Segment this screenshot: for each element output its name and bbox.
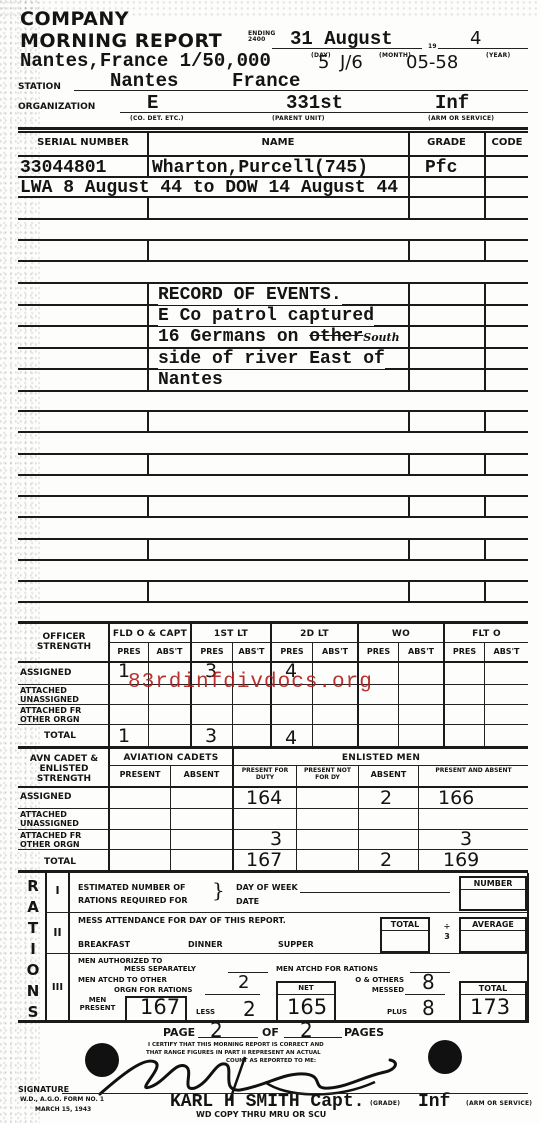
enlisted-assigned-absent: 2 bbox=[380, 787, 392, 809]
group-aviation-cadets: AVIATION CADETS bbox=[110, 753, 232, 763]
rations-vertical-label: R A T I O N S bbox=[25, 876, 41, 1023]
pages-label: PAGES bbox=[344, 1026, 384, 1039]
events-line: E Co patrol captured bbox=[158, 306, 374, 326]
enlisted-attached-present-for-duty: 3 bbox=[270, 828, 282, 850]
group-1st-lt: 1ST LT bbox=[192, 629, 270, 639]
signer-name: KARL H SMITH Capt. bbox=[170, 1092, 364, 1112]
year-caption: (YEAR) bbox=[486, 52, 510, 59]
letter: O bbox=[25, 960, 41, 981]
group-wo: WO bbox=[359, 629, 443, 639]
subheader-pres: PRES bbox=[110, 647, 148, 656]
plus-label: PLUS bbox=[387, 1008, 407, 1016]
events-line-text: 16 Germans on bbox=[158, 327, 298, 347]
form-number: W.D., A.G.O. FORM NO. 1 bbox=[20, 1096, 104, 1103]
events-heading: RECORD OF EVENTS. bbox=[158, 285, 342, 305]
officer-total-2dlt-pres: 4 bbox=[285, 727, 297, 749]
report-date: 31 August bbox=[290, 28, 393, 50]
less-label: LESS bbox=[196, 1008, 215, 1016]
row-label-assigned: ASSIGNED bbox=[20, 668, 71, 678]
subheader-present: PRESENT bbox=[110, 770, 170, 779]
group-enlisted-men: ENLISTED MEN bbox=[234, 753, 528, 763]
serial-number: 33044801 bbox=[20, 158, 106, 178]
form-title-line2: MORNING REPORT bbox=[20, 30, 222, 52]
day-of-week-label: DAY OF WEEK bbox=[236, 883, 298, 892]
grid-ref-1: 5 bbox=[318, 52, 329, 73]
divide-by-three-label: ÷ 3 bbox=[440, 922, 454, 942]
group-flt-o: FLT O bbox=[445, 629, 528, 639]
plus-value: 8 bbox=[422, 996, 435, 1020]
col-header-grade: GRADE bbox=[410, 137, 483, 148]
subheader-enlisted-absent: ABSENT bbox=[359, 770, 418, 779]
col-header-name: NAME bbox=[149, 137, 407, 148]
station-city: Nantes bbox=[110, 70, 178, 92]
row-label-attached-unassigned: ATTACHED UNASSIGNED bbox=[20, 810, 106, 828]
row-label-assigned: ASSIGNED bbox=[20, 792, 71, 802]
enlisted-strength-title: AVN CADET & ENLISTED STRENGTH bbox=[20, 754, 108, 784]
less-value: 2 bbox=[243, 997, 256, 1021]
organization-label: ORGANIZATION bbox=[18, 102, 95, 112]
men-atchd-other-label: ORGN FOR RATIONS bbox=[114, 986, 192, 994]
row-label-attached-other: ATTACHED FR OTHER ORGN bbox=[20, 706, 106, 724]
enlisted-total-total: 169 bbox=[443, 849, 479, 871]
officer-total-capt-pres: 1 bbox=[118, 725, 130, 747]
org-arm: Inf bbox=[435, 92, 469, 114]
breakfast-label: BREAKFAST bbox=[78, 940, 130, 949]
page-label: PAGE bbox=[163, 1026, 195, 1039]
grid-ref-2: J/6 bbox=[340, 52, 363, 73]
letter: N bbox=[25, 981, 41, 1002]
rations-total-label: TOTAL bbox=[461, 984, 525, 993]
subheader-absent: ABSENT bbox=[171, 770, 232, 779]
org-company-caption: (CO. DET. ETC.) bbox=[130, 115, 184, 122]
subheader-present-not-for-duty: PRESENT NOT FOR DY bbox=[297, 767, 358, 781]
group-2d-lt: 2D LT bbox=[272, 629, 357, 639]
subheader-present-for-duty: PRESENT FOR DUTY bbox=[234, 767, 296, 781]
mess-attendance-label: MESS ATTENDANCE FOR DAY OF THIS REPORT. bbox=[78, 916, 286, 925]
men-authorized-label: MEN AUTHORIZED TO bbox=[78, 957, 162, 965]
date-label: DATE bbox=[236, 897, 259, 906]
total-pages: 2 bbox=[300, 1018, 313, 1042]
arm-caption: (ARM OR SERVICE) bbox=[466, 1100, 532, 1107]
men-present-label: MEN PRESENT bbox=[70, 996, 125, 1012]
events-line: 16 Germans on otherSouth bbox=[158, 327, 400, 347]
form-date: MARCH 15, 1943 bbox=[35, 1106, 91, 1113]
estimated-rations-label: ESTIMATED NUMBER OF bbox=[78, 883, 185, 892]
soldier-name: Wharton,Purcell(745) bbox=[152, 158, 368, 178]
subheader-pres: PRES bbox=[192, 647, 232, 656]
map-location: Nantes,France 1/50,000 bbox=[20, 50, 271, 72]
estimated-rations-label: RATIONS REQUIRED FOR bbox=[78, 896, 188, 905]
grid-ref-3: 05-58 bbox=[406, 52, 458, 73]
org-unit-caption: (PARENT UNIT) bbox=[272, 115, 325, 122]
enlisted-assigned-total: 166 bbox=[438, 787, 474, 809]
subheader-abst: ABS'T bbox=[233, 647, 270, 656]
subheader-abst: ABS'T bbox=[149, 647, 190, 656]
col-header-serial: SERIAL NUMBER bbox=[20, 137, 146, 148]
others-messed-label: MESSED bbox=[346, 986, 404, 994]
punch-hole-right bbox=[428, 1040, 462, 1074]
certification-text: I CERTIFY THAT THIS MORNING REPORT IS CO… bbox=[148, 1042, 324, 1048]
station-country: France bbox=[232, 70, 300, 92]
letter: A bbox=[25, 897, 41, 918]
subheader-present-and-absent: PRESENT AND ABSENT bbox=[419, 767, 528, 774]
rations-total-value: 173 bbox=[470, 995, 510, 1019]
row-label-total: TOTAL bbox=[44, 731, 76, 741]
others-messed-label: O & OTHERS bbox=[346, 976, 404, 984]
others-messed-value: 8 bbox=[422, 970, 435, 994]
org-arm-caption: (ARM OR SERVICE) bbox=[428, 115, 494, 122]
row-label-attached-unassigned: ATTACHED UNASSIGNED bbox=[20, 686, 106, 704]
number-label: NUMBER bbox=[461, 879, 525, 888]
struck-word: other bbox=[309, 327, 363, 347]
page-number: 2 bbox=[210, 1018, 223, 1042]
of-label: OF bbox=[262, 1026, 279, 1039]
men-atchd-other-value: 2 bbox=[238, 972, 249, 993]
men-atchd-for-rations-label: MEN ATCHD FOR RATIONS bbox=[276, 965, 378, 973]
handwritten-insert: South bbox=[363, 331, 399, 344]
brace-icon: } bbox=[212, 880, 225, 900]
letter: S bbox=[25, 1002, 41, 1023]
supper-label: SUPPER bbox=[278, 940, 314, 949]
section-numeral-iii: III bbox=[47, 982, 68, 993]
signer-arm: Inf bbox=[418, 1092, 450, 1112]
report-year: 4 bbox=[470, 28, 481, 49]
soldier-grade: Pfc bbox=[425, 158, 457, 178]
col-header-code: CODE bbox=[486, 137, 528, 148]
men-atchd-other-label: MEN ATCHD TO OTHER bbox=[78, 976, 167, 984]
men-present-label-1: MEN bbox=[70, 996, 125, 1004]
subheader-abst: ABS'T bbox=[485, 647, 528, 656]
enlisted-total-absent: 2 bbox=[380, 849, 392, 871]
section-numeral-ii: II bbox=[47, 926, 68, 939]
officer-total-1stlt-pres: 3 bbox=[205, 725, 217, 747]
men-present-label-2: PRESENT bbox=[70, 1004, 125, 1012]
subheader-pres: PRES bbox=[272, 647, 312, 656]
org-unit: 331st bbox=[286, 92, 343, 114]
status-remark: LWA 8 August 44 to DOW 14 August 44 bbox=[20, 178, 398, 198]
row-label-total: TOTAL bbox=[44, 857, 76, 867]
enlisted-assigned-present-for-duty: 164 bbox=[246, 787, 282, 809]
mess-total-label: TOTAL bbox=[382, 920, 428, 929]
row-label-attached-other: ATTACHED FR OTHER ORGN bbox=[20, 831, 106, 849]
events-line: Nantes bbox=[158, 370, 223, 390]
letter: T bbox=[25, 918, 41, 939]
watermark-text: 83rdinfdivdocs.org bbox=[128, 671, 373, 694]
section-numeral-i: I bbox=[47, 884, 68, 897]
enlisted-total-present-for-duty: 167 bbox=[246, 849, 282, 871]
subheader-pres: PRES bbox=[359, 647, 398, 656]
subheader-abst: ABS'T bbox=[313, 647, 357, 656]
copy-routing-line: WD COPY THRU MRU OR SCU bbox=[196, 1110, 326, 1119]
letter: R bbox=[25, 876, 41, 897]
subheader-pres: PRES bbox=[445, 647, 484, 656]
year-prefix: 19 bbox=[428, 43, 437, 50]
letter: I bbox=[25, 939, 41, 960]
ending-label: ENDING 2400 bbox=[248, 31, 270, 43]
net-value: 165 bbox=[287, 995, 327, 1019]
grade-caption: (GRADE) bbox=[370, 1100, 400, 1107]
subheader-abst: ABS'T bbox=[399, 647, 443, 656]
form-title-line1: COMPANY bbox=[20, 8, 129, 30]
org-company: E bbox=[147, 92, 158, 114]
events-line: side of river East of bbox=[158, 349, 385, 369]
net-label: NET bbox=[278, 984, 334, 992]
enlisted-attached-total: 3 bbox=[460, 828, 472, 850]
station-label: STATION bbox=[18, 82, 61, 92]
group-fld-o-capt: FLD O & CAPT bbox=[110, 629, 190, 639]
men-authorized-label: MESS SEPARATELY bbox=[124, 965, 196, 973]
officer-strength-title: OFFICER STRENGTH bbox=[20, 632, 108, 652]
dinner-label: DINNER bbox=[188, 940, 223, 949]
men-present-value: 167 bbox=[140, 995, 180, 1019]
average-label: AVERAGE bbox=[461, 920, 525, 929]
